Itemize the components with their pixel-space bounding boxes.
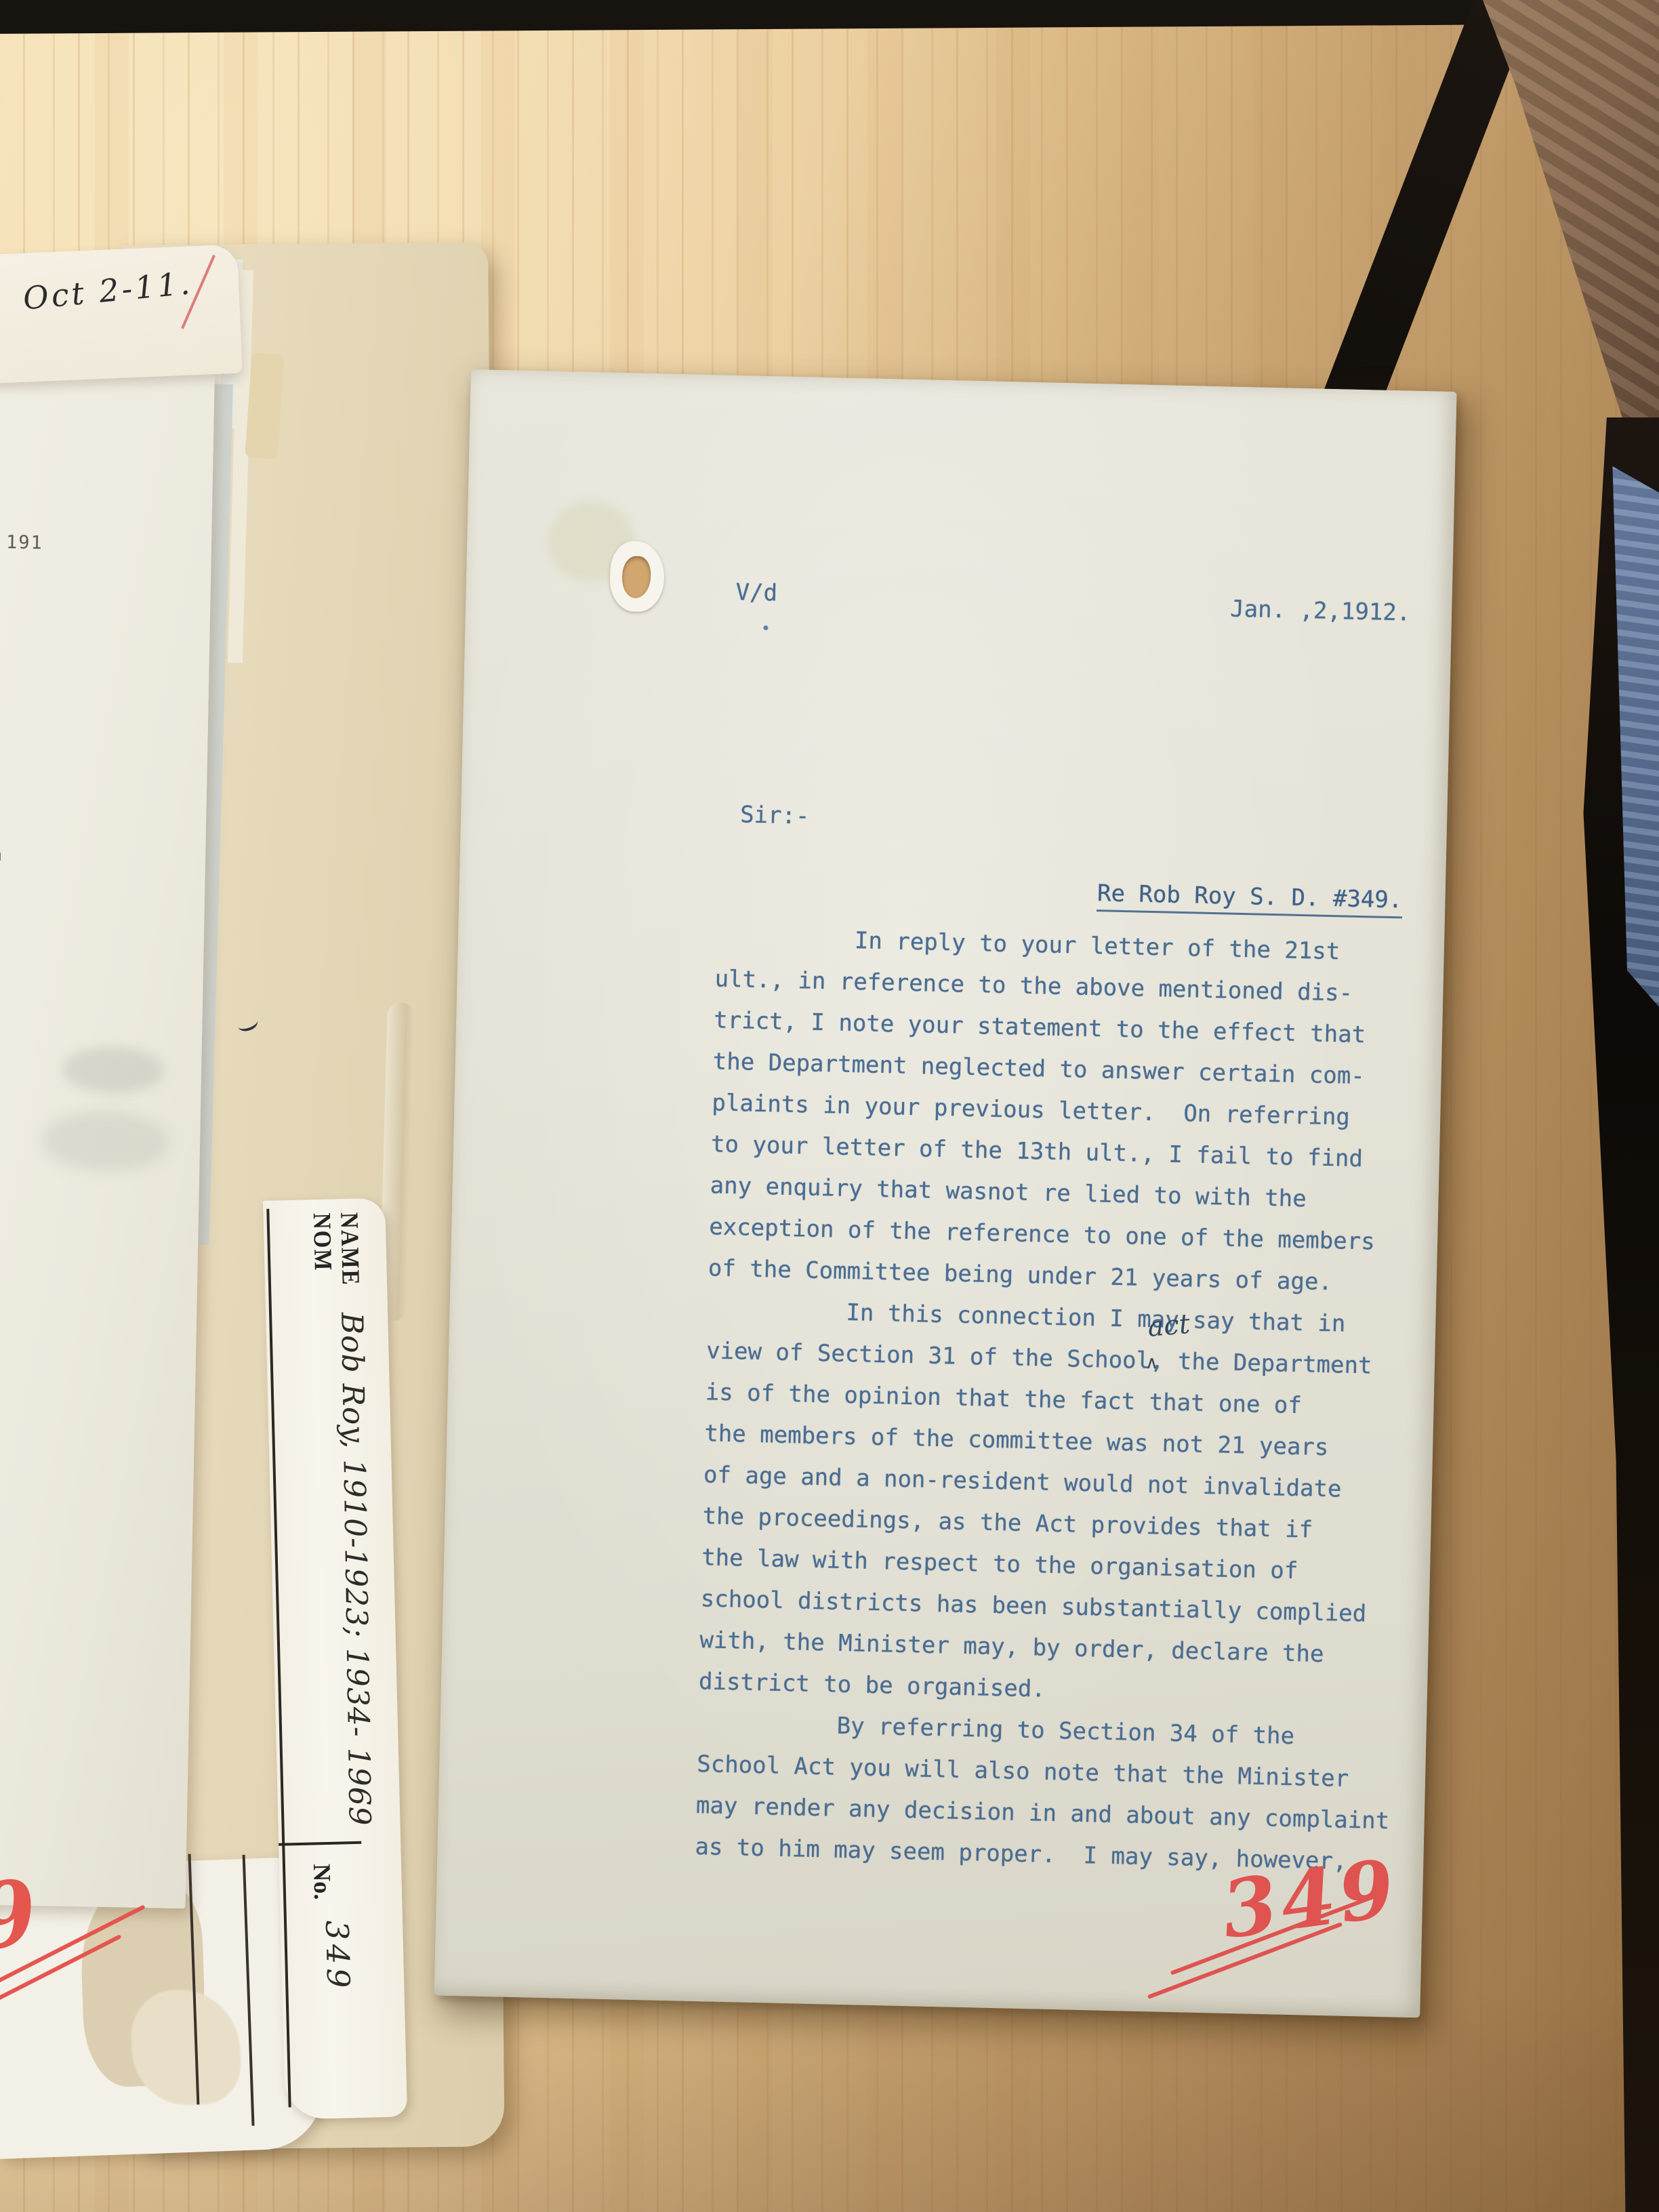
handwritten-date-note: Oct 2-11. xyxy=(22,264,194,316)
page-number: 191 xyxy=(6,532,43,554)
tab-name-labels: NAME NOM xyxy=(308,1212,364,1287)
stenographer-initials: V/d xyxy=(735,579,777,607)
paper-smudge xyxy=(40,1109,170,1173)
label-rule-line xyxy=(243,1855,255,2126)
tab-label-nom: NOM xyxy=(308,1212,337,1287)
stacked-paper: 191 n xyxy=(0,366,215,1908)
tab-number-label: No. xyxy=(308,1864,337,1900)
tab-handwritten-name: Bob Roy, 1910-1923; 1934- 1969 xyxy=(334,1312,377,1828)
red-number-partial: 9 xyxy=(0,1868,117,2003)
letter-body: In reply to your letter of the 21stult.,… xyxy=(695,917,1401,1883)
tab-divider-line xyxy=(279,1841,361,1846)
insertion-caret: ∧ xyxy=(1145,1353,1159,1373)
top-paper: Oct 2-11. xyxy=(0,244,243,383)
subject-text: Re Rob Roy S. D. #349. xyxy=(1097,880,1402,918)
photo-scene: 191 n Oct 2-11. 9 NAME NOM Bob Roy, 1910… xyxy=(0,0,1659,2212)
folder-tab: NAME NOM Bob Roy, 1910-1923; 1934- 1969 … xyxy=(263,1198,407,2120)
letter-date: Jan. ,2,1912. xyxy=(1230,596,1411,627)
stray-typed-mark: n xyxy=(0,844,3,864)
letter-page: V/d Jan. ,2,1912. Sir:- Re Rob Roy S. D.… xyxy=(434,369,1457,2018)
torn-folder-edge xyxy=(130,1988,243,2106)
folder-tab-content: NAME NOM Bob Roy, 1910-1923; 1934- 1969 … xyxy=(263,1198,407,2120)
ink-speck xyxy=(763,626,768,630)
paper-smudge xyxy=(62,1046,164,1095)
handwritten-insertion: act xyxy=(1147,1309,1191,1343)
punch-hole-center xyxy=(621,556,651,598)
salutation: Sir:- xyxy=(740,801,810,829)
punch-hole xyxy=(609,541,665,613)
tab-number-value: 349 xyxy=(319,1920,357,1992)
tab-label-name: NAME xyxy=(335,1212,364,1286)
red-number-digit: 9 xyxy=(0,1859,44,1971)
